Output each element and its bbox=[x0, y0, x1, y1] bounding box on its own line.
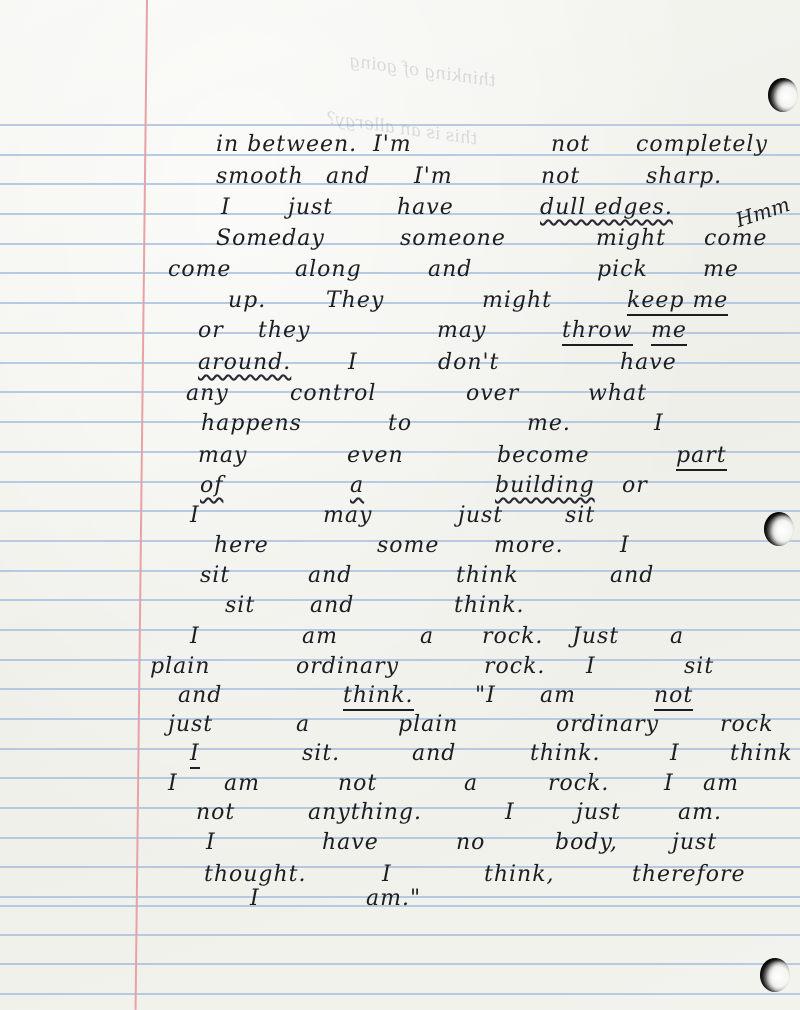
word: I'm bbox=[373, 132, 412, 157]
rule-line bbox=[0, 993, 800, 995]
word: become bbox=[497, 443, 590, 468]
word: am bbox=[302, 624, 338, 649]
word: rock bbox=[720, 712, 773, 737]
word: I bbox=[620, 533, 630, 558]
word: control bbox=[290, 381, 376, 406]
word: just bbox=[672, 830, 717, 855]
word: am bbox=[224, 771, 260, 796]
word: not bbox=[338, 771, 377, 796]
word: body, bbox=[555, 830, 618, 855]
rule-line bbox=[0, 748, 800, 750]
word: any bbox=[186, 381, 229, 406]
word: am." bbox=[366, 886, 421, 911]
word: may bbox=[437, 318, 486, 343]
word: rock. bbox=[482, 624, 543, 649]
word: have bbox=[322, 830, 379, 855]
word: have bbox=[620, 350, 677, 375]
word: and bbox=[308, 563, 352, 588]
word: just bbox=[576, 800, 621, 825]
word-underlined: not bbox=[654, 683, 693, 711]
word: not bbox=[541, 164, 580, 189]
word-underlined: throw bbox=[562, 318, 633, 346]
word-underlined: a bbox=[350, 473, 364, 498]
word: even bbox=[347, 443, 404, 468]
word: what bbox=[588, 381, 647, 406]
word: more. bbox=[494, 533, 564, 558]
word: some bbox=[377, 533, 439, 558]
word: may bbox=[323, 503, 372, 528]
word-underlined: think. bbox=[343, 683, 414, 711]
binder-hole-top bbox=[768, 78, 798, 112]
word: and bbox=[326, 164, 370, 189]
word: or bbox=[198, 318, 224, 343]
word: a bbox=[464, 771, 478, 796]
word: I bbox=[382, 862, 392, 887]
word: they bbox=[258, 318, 310, 343]
binder-hole-bottom bbox=[760, 958, 790, 992]
word: sit bbox=[565, 503, 595, 528]
word: a bbox=[670, 624, 684, 649]
word: am bbox=[540, 683, 576, 708]
word: not bbox=[551, 132, 590, 157]
word: someone bbox=[400, 226, 506, 251]
word: not bbox=[196, 800, 235, 825]
word: pick bbox=[597, 257, 648, 282]
word-underlined: me bbox=[651, 318, 687, 346]
word: completely bbox=[636, 132, 768, 157]
rule-line bbox=[0, 481, 800, 483]
word: I bbox=[586, 654, 596, 679]
word: might bbox=[596, 226, 666, 251]
word: might bbox=[482, 288, 552, 313]
word: sit bbox=[225, 593, 255, 618]
word-underlined: part bbox=[676, 443, 727, 471]
binder-hole-middle bbox=[764, 512, 794, 546]
word: sharp. bbox=[646, 164, 722, 189]
word: a bbox=[296, 712, 310, 737]
notebook-page: thinking of going this is an allergy? Hm… bbox=[0, 0, 800, 1010]
word: I bbox=[221, 195, 231, 220]
word: just bbox=[288, 195, 333, 220]
rule-line bbox=[0, 391, 800, 393]
rule-line bbox=[0, 777, 800, 779]
word: thought. bbox=[204, 862, 307, 887]
word: ordinary bbox=[556, 712, 659, 737]
word: ordinary bbox=[296, 654, 399, 679]
word: plain bbox=[150, 654, 210, 679]
word-underlined: around. bbox=[198, 350, 291, 375]
word: think bbox=[730, 741, 793, 766]
word: therefore bbox=[632, 862, 746, 887]
word: "I bbox=[475, 683, 496, 708]
rule-line bbox=[0, 659, 800, 661]
word: I bbox=[670, 741, 680, 766]
word: come bbox=[168, 257, 231, 282]
word: me. bbox=[527, 411, 571, 436]
word: rock. bbox=[548, 771, 609, 796]
word-underlined: I bbox=[190, 741, 200, 769]
rule-line bbox=[0, 510, 800, 512]
word: Just bbox=[572, 624, 619, 649]
word-underlined: dull edges. bbox=[540, 195, 673, 220]
word: think. bbox=[530, 741, 601, 766]
word: and bbox=[310, 593, 354, 618]
rule-line bbox=[0, 599, 800, 601]
word: and bbox=[412, 741, 456, 766]
word: I bbox=[654, 411, 664, 436]
word: I bbox=[190, 624, 200, 649]
word: think, bbox=[484, 862, 555, 887]
word: rock. bbox=[484, 654, 545, 679]
word: sit. bbox=[302, 741, 340, 766]
word: don't bbox=[438, 350, 499, 375]
word: just bbox=[458, 503, 503, 528]
word: I bbox=[168, 771, 178, 796]
word: They bbox=[326, 288, 384, 313]
word: sit bbox=[200, 563, 230, 588]
word: come bbox=[704, 226, 767, 251]
word: I bbox=[206, 830, 216, 855]
word: smooth bbox=[216, 164, 304, 189]
word: sit bbox=[684, 654, 714, 679]
word: and bbox=[610, 563, 654, 588]
word: I bbox=[664, 771, 674, 796]
word: me bbox=[703, 257, 739, 282]
word: anything. bbox=[308, 800, 422, 825]
word: and bbox=[428, 257, 472, 282]
rule-line bbox=[0, 570, 800, 572]
word: I'm bbox=[414, 164, 453, 189]
word: think bbox=[456, 563, 519, 588]
word: am. bbox=[678, 800, 722, 825]
word: a bbox=[420, 624, 434, 649]
word: may bbox=[198, 443, 247, 468]
word: in between. bbox=[216, 132, 357, 157]
bleed-line: thinking of going bbox=[334, 49, 497, 91]
word: I bbox=[505, 800, 515, 825]
word: plain bbox=[398, 712, 458, 737]
rule-line bbox=[0, 272, 800, 274]
word: think. bbox=[454, 593, 525, 618]
word: along bbox=[295, 257, 362, 282]
rule-line bbox=[0, 963, 800, 965]
word: I bbox=[190, 503, 200, 528]
rule-line bbox=[0, 362, 800, 364]
word: have bbox=[397, 195, 454, 220]
word: up. bbox=[228, 288, 266, 313]
word: happens bbox=[201, 411, 302, 436]
word-underlined: of bbox=[200, 473, 223, 498]
word-underlined: building bbox=[495, 473, 595, 498]
word: to bbox=[388, 411, 412, 436]
rule-line bbox=[0, 934, 800, 936]
word-underlined: keep me bbox=[627, 288, 728, 316]
word: here bbox=[214, 533, 269, 558]
margin-line bbox=[135, 0, 148, 1010]
word: and bbox=[178, 683, 222, 708]
word: am bbox=[703, 771, 739, 796]
word: or bbox=[622, 473, 648, 498]
word: I bbox=[348, 350, 358, 375]
word: I bbox=[250, 886, 260, 911]
word: Someday bbox=[216, 226, 325, 251]
word: no bbox=[456, 830, 485, 855]
word: over bbox=[466, 381, 519, 406]
word: just bbox=[168, 712, 213, 737]
